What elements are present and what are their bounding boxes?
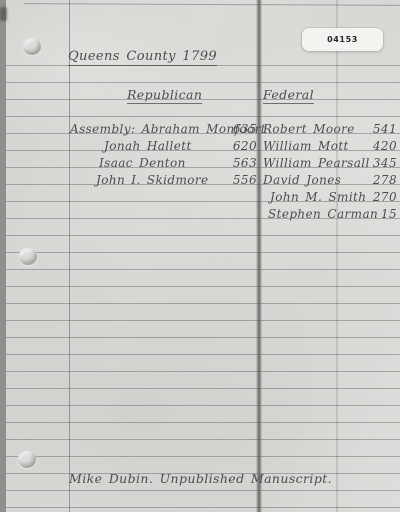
vote-count: 270: [358, 190, 397, 204]
fold-crease: [256, 0, 262, 512]
candidate-name: William Mott: [263, 139, 349, 153]
hole-punch: [19, 248, 37, 265]
candidate-name: Isaac Denton: [99, 156, 186, 170]
candidate-name: Robert Moore: [263, 122, 355, 136]
sticker-number: 04153: [327, 35, 358, 44]
scanned-document-page: { "document": { "sticker_number": "04153…: [0, 0, 400, 512]
catalog-sticker: 04153: [302, 28, 383, 51]
vote-count: 556: [223, 173, 257, 187]
page-title: Queens County 1799: [68, 50, 217, 66]
margin-rule-line: [69, 0, 70, 512]
candidate-name: David Jones: [263, 173, 341, 187]
vote-count: 620: [223, 139, 257, 153]
candidate-name: John I. Skidmore: [96, 173, 209, 187]
vote-count: 420: [358, 139, 397, 153]
vote-count: 15: [358, 207, 397, 221]
vote-count: 541: [358, 122, 397, 136]
hole-punch: [18, 451, 36, 468]
vote-count: 345: [358, 156, 397, 170]
vote-count: 278: [358, 173, 397, 187]
paper-page: [6, 0, 400, 512]
hole-punch: [23, 38, 41, 55]
candidate-name: William Pearsall: [263, 156, 370, 170]
column-header-republican: Republican: [127, 88, 202, 104]
scan-corner-smudge: [0, 7, 7, 21]
candidate-name: Jonah Hallett: [104, 139, 192, 153]
office-label: Assembly:: [70, 122, 135, 136]
vote-count: 563: [223, 156, 257, 170]
faint-crease: [336, 0, 338, 512]
citation-note: Mike Dubin. Unpublished Manuscript.: [69, 472, 332, 486]
column-header-federal: Federal: [263, 88, 314, 104]
candidate-name: John M. Smith: [270, 190, 366, 204]
vote-count: 635: [223, 122, 257, 136]
